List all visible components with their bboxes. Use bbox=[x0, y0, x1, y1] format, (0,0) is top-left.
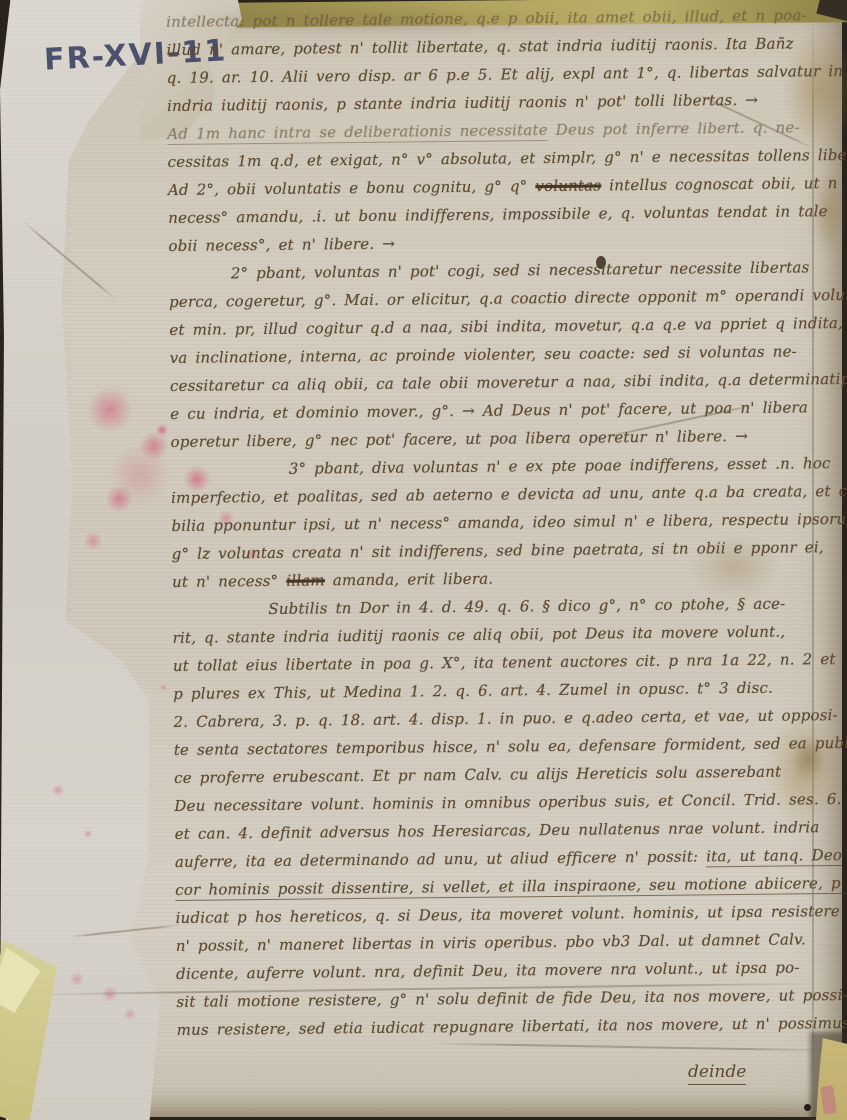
text-segment: obii necess°, et n' libere. → bbox=[168, 235, 395, 255]
text-segment: cessitas 1m q.d, et exigat, n° v° absolu… bbox=[168, 146, 847, 171]
text-segment: Deu necessitare volunt. hominis in omnib… bbox=[174, 789, 847, 815]
text-segment: n' possit, n' maneret libertas in viris … bbox=[176, 930, 806, 955]
text-segment: q. 19. ar. 10. Alii vero disp. ar 6 p.e … bbox=[167, 62, 844, 87]
text-segment: ce proferre erubescant. Et pr nam Calv. … bbox=[174, 763, 781, 787]
text-segment: sit tali motione resistere, g° n' solu d… bbox=[176, 986, 847, 1011]
text-segment: intellus cognoscat obii, ut n bbox=[601, 174, 837, 194]
underlined-text: Ad 1m hanc intra se deliberationis neces… bbox=[167, 121, 548, 145]
photo-of-manuscript: { "colors": { "backdrop": "#2a231b", "pa… bbox=[0, 0, 847, 1120]
underlined-text: cor hominis possit dissentire, si vellet… bbox=[175, 874, 847, 901]
manuscript-text: intellecta: pot n tollere tale motione, … bbox=[166, 1, 847, 1044]
text-segment: iudicat p hos hereticos, q. si Deus, ita… bbox=[175, 902, 840, 927]
catchword-text: deinde bbox=[688, 1062, 746, 1085]
text-segment: necess° amandu, .i. ut bonu indifferens,… bbox=[168, 202, 828, 227]
underlined-text: ita, ut tanq. Deo bbox=[706, 846, 842, 867]
text-segment: Ad 2°, obii voluntatis e bonu cognitu, g… bbox=[168, 177, 536, 199]
text-segment: auferre, ita ea determinando ad unu, ut … bbox=[175, 847, 706, 871]
text-segment: 2° pbant, voluntas n' pot' cogi, sed si … bbox=[231, 258, 810, 282]
text-segment: dicente, auferre volunt. nra, definit De… bbox=[176, 958, 800, 983]
text-segment: et can. 4. definit adversus hos Heresiar… bbox=[175, 818, 820, 843]
text-segment: bilia pponuntur ipsi, ut n' necess° aman… bbox=[171, 510, 847, 535]
text-segment: Subtilis tn Dor in 4. d. 49. q. 6. § dic… bbox=[268, 595, 785, 618]
text-segment: e cu indria, et dominio mover., g°. → Ad… bbox=[170, 398, 808, 423]
text-segment: ut n' necess° bbox=[172, 572, 286, 591]
text-segment: cessitaretur ca aliq obii, ca tale obii … bbox=[170, 370, 847, 395]
text-segment: intellecta: pot n tollere tale motione, … bbox=[166, 6, 807, 31]
text-segment: va inclinatione, interna, ac proinde vio… bbox=[170, 342, 797, 367]
text-segment: ut tollat eius libertate in poa g. X°, i… bbox=[173, 650, 836, 675]
text-segment: mus resistere, sed etia iudicat repugnar… bbox=[177, 1013, 847, 1039]
text-segment: Deus pot inferre libert. q. ne- bbox=[548, 118, 800, 139]
text-segment: et min. pr, illud cogitur q.d a naa, sib… bbox=[169, 314, 847, 339]
text-segment: 2. Cabrera, 3. p. q. 18. art. 4. disp. 1… bbox=[173, 706, 838, 731]
text-segment: te senta sectatores temporibus hisce, n'… bbox=[174, 734, 847, 759]
text-segment: operetur libere, g° nec pot' facere, ut … bbox=[170, 427, 748, 451]
text-segment: amanda, erit libera. bbox=[325, 570, 494, 590]
struck-word: voluntas bbox=[535, 176, 601, 195]
text-segment: indria iuditij raonis, p stante indria i… bbox=[167, 91, 758, 115]
text-segment: rit, q. stante indria iuditij raonis ce … bbox=[173, 623, 786, 647]
text-segment: g° lz voluntas creata n' sit indifferens… bbox=[172, 538, 824, 563]
text-segment: perca, cogeretur, g°. Mai. or elicitur, … bbox=[169, 286, 847, 311]
catchword: deinde bbox=[688, 1062, 746, 1082]
text-segment: illud n' amare, potest n' tollit liberta… bbox=[166, 34, 793, 59]
text-segment: imperfectio, et poalitas, sed ab aeterno… bbox=[171, 482, 847, 507]
text-segment: 3° pbant, diva voluntas n' e ex pte poae… bbox=[289, 454, 831, 478]
struck-word: illam bbox=[286, 571, 325, 589]
text-segment: p plures ex This, ut Medina 1. 2. q. 6. … bbox=[173, 679, 773, 703]
dark-speck bbox=[804, 1104, 811, 1111]
